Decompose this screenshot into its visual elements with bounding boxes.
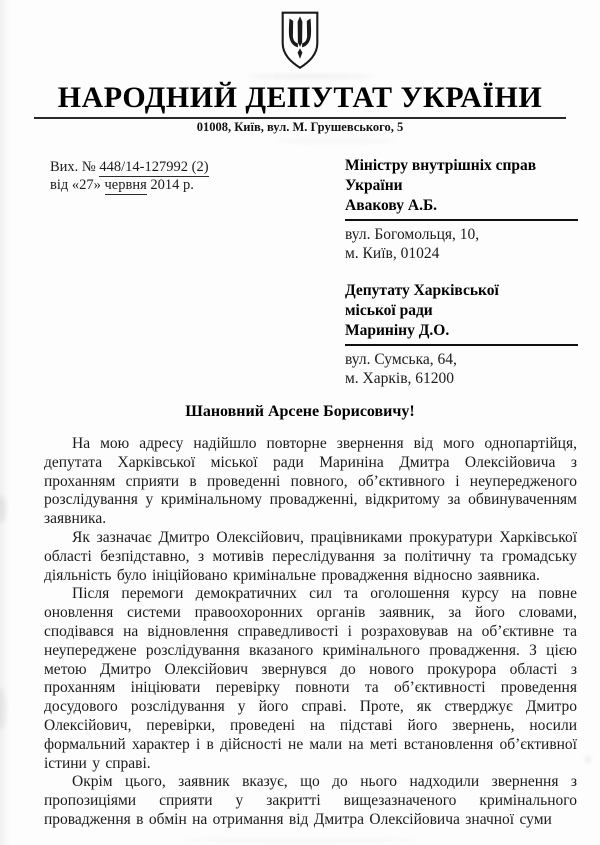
outgoing-reference-block: Вих. № 448/14-127992 (2) від «27» червня… xyxy=(50,156,209,388)
meta-section: Вих. № 448/14-127992 (2) від «27» червня… xyxy=(0,156,600,388)
letterhead-address: 01008, Київ, вул. М. Грушевського, 5 xyxy=(0,120,600,134)
recipient-org-line: України xyxy=(345,176,578,196)
recipient-name: Авакову А.Б. xyxy=(345,196,578,221)
reference-date-prefix: від «27» xyxy=(50,177,101,193)
recipient-org-line: міської ради xyxy=(345,301,578,321)
paragraph: Після перемоги демократичних сил та огол… xyxy=(44,585,577,773)
letterhead-title: НАРОДНИЙ ДЕПУТАТ УКРАЇНИ xyxy=(0,83,600,113)
reference-number-label: Вих. № xyxy=(50,159,96,175)
reference-number-line: Вих. № 448/14-127992 (2) xyxy=(50,158,209,176)
paragraph: Як зазначає Дмитро Олексійович, працівни… xyxy=(44,529,577,585)
recipients-column: Міністру внутрішніх справ України Аваков… xyxy=(345,156,578,388)
ukraine-trident-icon xyxy=(279,10,321,71)
recipient-street: вул. Богомольця, 10, xyxy=(345,221,578,244)
reference-date-suffix: 2014 р. xyxy=(150,177,194,193)
recipient-city: м. Київ, 01024 xyxy=(345,244,578,263)
letterhead-divider xyxy=(34,117,566,119)
recipient-city: м. Харків, 61200 xyxy=(345,369,578,388)
recipient-block-minister: Міністру внутрішніх справ України Аваков… xyxy=(345,156,578,263)
recipient-block-deputy: Депутату Харківської міської ради Марині… xyxy=(345,281,578,388)
letter-body: На мою адресу надійшло повторне зверненн… xyxy=(44,435,577,830)
scan-artifact xyxy=(0,495,6,523)
letterhead: НАРОДНИЙ ДЕПУТАТ УКРАЇНИ 01008, Київ, ву… xyxy=(0,10,600,134)
paragraph: Окрім цього, заявник вказує, що до нього… xyxy=(44,773,577,829)
salutation: Шановний Арсене Борисовичу! xyxy=(0,402,600,422)
scan-artifact xyxy=(585,756,591,763)
recipient-org-line: Міністру внутрішніх справ xyxy=(345,156,578,176)
reference-date-month: червня xyxy=(105,177,147,195)
recipient-org-line: Депутату Харківської xyxy=(345,281,578,301)
scan-artifact xyxy=(180,838,420,843)
reference-date-line: від «27» червня 2014 р. xyxy=(50,176,209,194)
recipient-street: вул. Сумська, 64, xyxy=(345,346,578,369)
recipient-name: Мариніну Д.О. xyxy=(345,321,578,346)
paragraph: На мою адресу надійшло повторне зверненн… xyxy=(44,435,577,529)
reference-number-value: 448/14-127992 (2) xyxy=(99,159,208,177)
scan-artifact xyxy=(0,688,6,730)
scanned-letter-page: НАРОДНИЙ ДЕПУТАТ УКРАЇНИ 01008, Київ, ву… xyxy=(0,0,600,845)
scan-artifact xyxy=(275,139,395,143)
